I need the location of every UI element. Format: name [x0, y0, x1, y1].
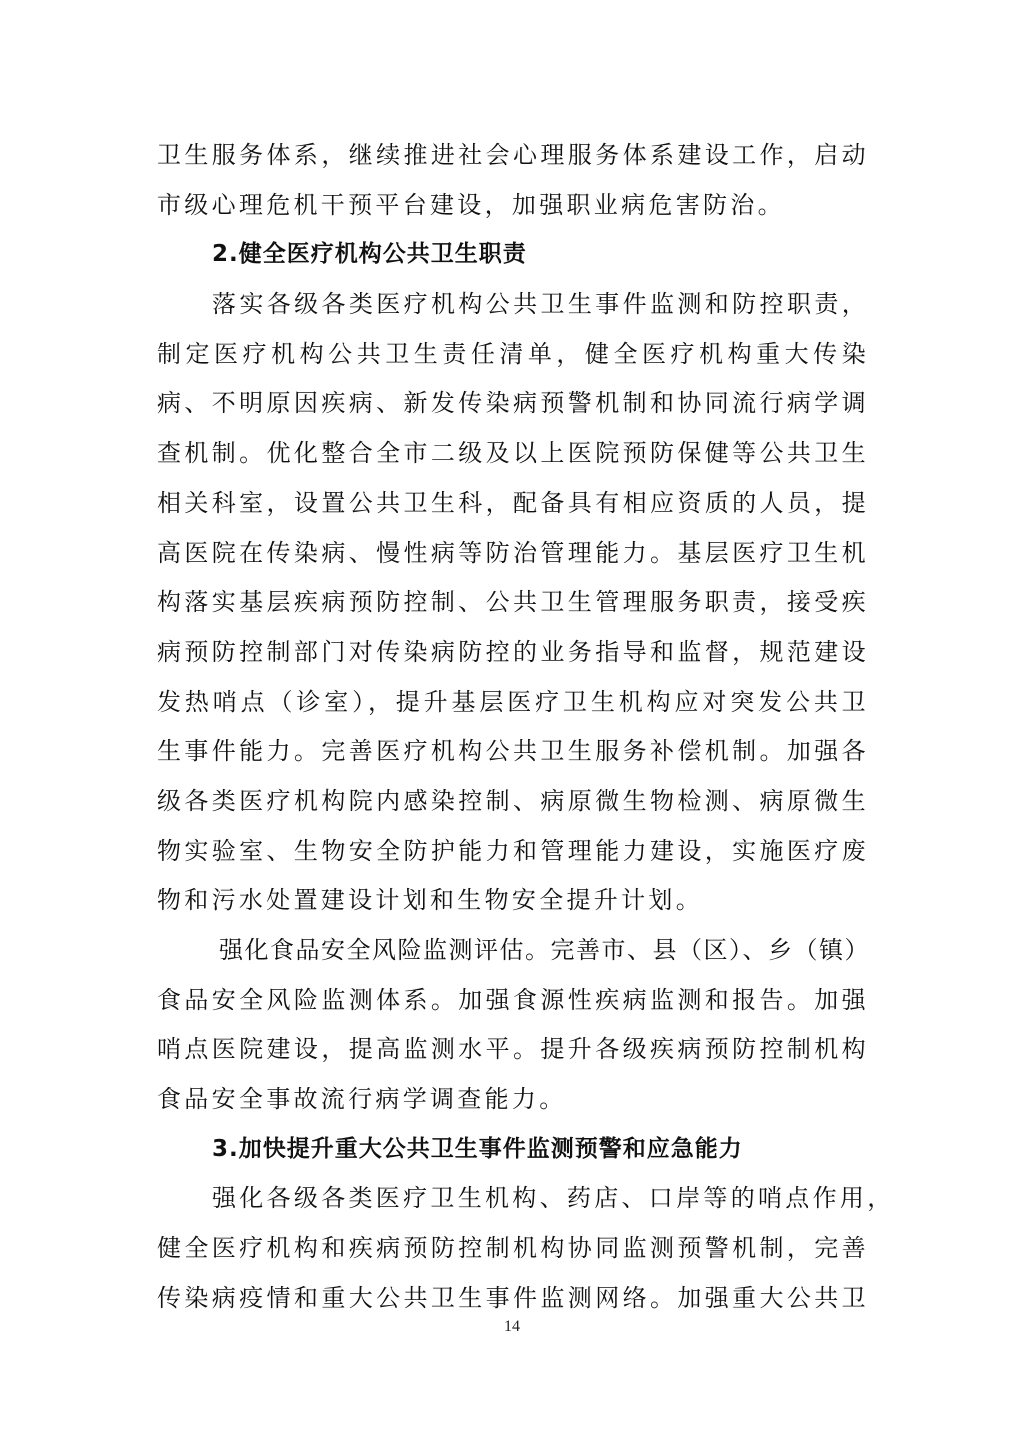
paragraph-line: 高医院在传染病、慢性病等防治管理能力。基层医疗卫生机 — [157, 529, 869, 579]
paragraph-line: 物实验室、生物安全防护能力和管理能力建设，实施医疗废 — [157, 827, 869, 877]
paragraph-line: 强化各级各类医疗卫生机构、药店、口岸等的哨点作用， — [157, 1174, 869, 1224]
paragraph-line: 哨点医院建设，提高监测水平。提升各级疾病预防控制机构 — [157, 1025, 869, 1075]
section-heading-2: 2.健全医疗机构公共卫生职责 — [157, 230, 869, 280]
paragraph-line: 传染病疫情和重大公共卫生事件监测网络。加强重大公共卫 — [157, 1274, 869, 1324]
paragraph-line: 相关科室，设置公共卫生科，配备具有相应资质的人员，提 — [157, 479, 869, 529]
document-page: 卫生服务体系，继续推进社会心理服务体系建设工作，启动 市级心理危机干预平台建设，… — [0, 0, 1024, 1448]
paragraph-line: 发热哨点（诊室），提升基层医疗卫生机构应对突发公共卫 — [157, 678, 869, 728]
paragraph-line: 物和污水处置建设计划和生物安全提升计划。 — [157, 876, 869, 926]
page-body: 卫生服务体系，继续推进社会心理服务体系建设工作，启动 市级心理危机干预平台建设，… — [157, 131, 869, 1324]
paragraph-line: 食品安全风险监测体系。加强食源性疾病监测和报告。加强 — [157, 976, 869, 1026]
paragraph-line: 级各类医疗机构院内感染控制、病原微生物检测、病原微生 — [157, 777, 869, 827]
paragraph-line: 强化食品安全风险监测评估。完善市、县（区）、乡（镇） — [157, 926, 869, 976]
paragraph-line: 卫生服务体系，继续推进社会心理服务体系建设工作，启动 — [157, 131, 869, 181]
page-number: 14 — [0, 1318, 1024, 1336]
paragraph-line: 市级心理危机干预平台建设，加强职业病危害防治。 — [157, 181, 869, 231]
paragraph-line: 健全医疗机构和疾病预防控制机构协同监测预警机制，完善 — [157, 1224, 869, 1274]
paragraph-line: 查机制。优化整合全市二级及以上医院预防保健等公共卫生 — [157, 429, 869, 479]
paragraph-line: 食品安全事故流行病学调查能力。 — [157, 1075, 869, 1125]
paragraph-line: 落实各级各类医疗机构公共卫生事件监测和防控职责， — [157, 280, 869, 330]
paragraph-line: 制定医疗机构公共卫生责任清单，健全医疗机构重大传染 — [157, 330, 869, 380]
paragraph-line: 生事件能力。完善医疗机构公共卫生服务补偿机制。加强各 — [157, 727, 869, 777]
paragraph-line: 病、不明原因疾病、新发传染病预警机制和协同流行病学调 — [157, 379, 869, 429]
section-heading-3: 3.加快提升重大公共卫生事件监测预警和应急能力 — [157, 1125, 869, 1175]
paragraph-line: 构落实基层疾病预防控制、公共卫生管理服务职责，接受疾 — [157, 578, 869, 628]
paragraph-line: 病预防控制部门对传染病防控的业务指导和监督，规范建设 — [157, 628, 869, 678]
